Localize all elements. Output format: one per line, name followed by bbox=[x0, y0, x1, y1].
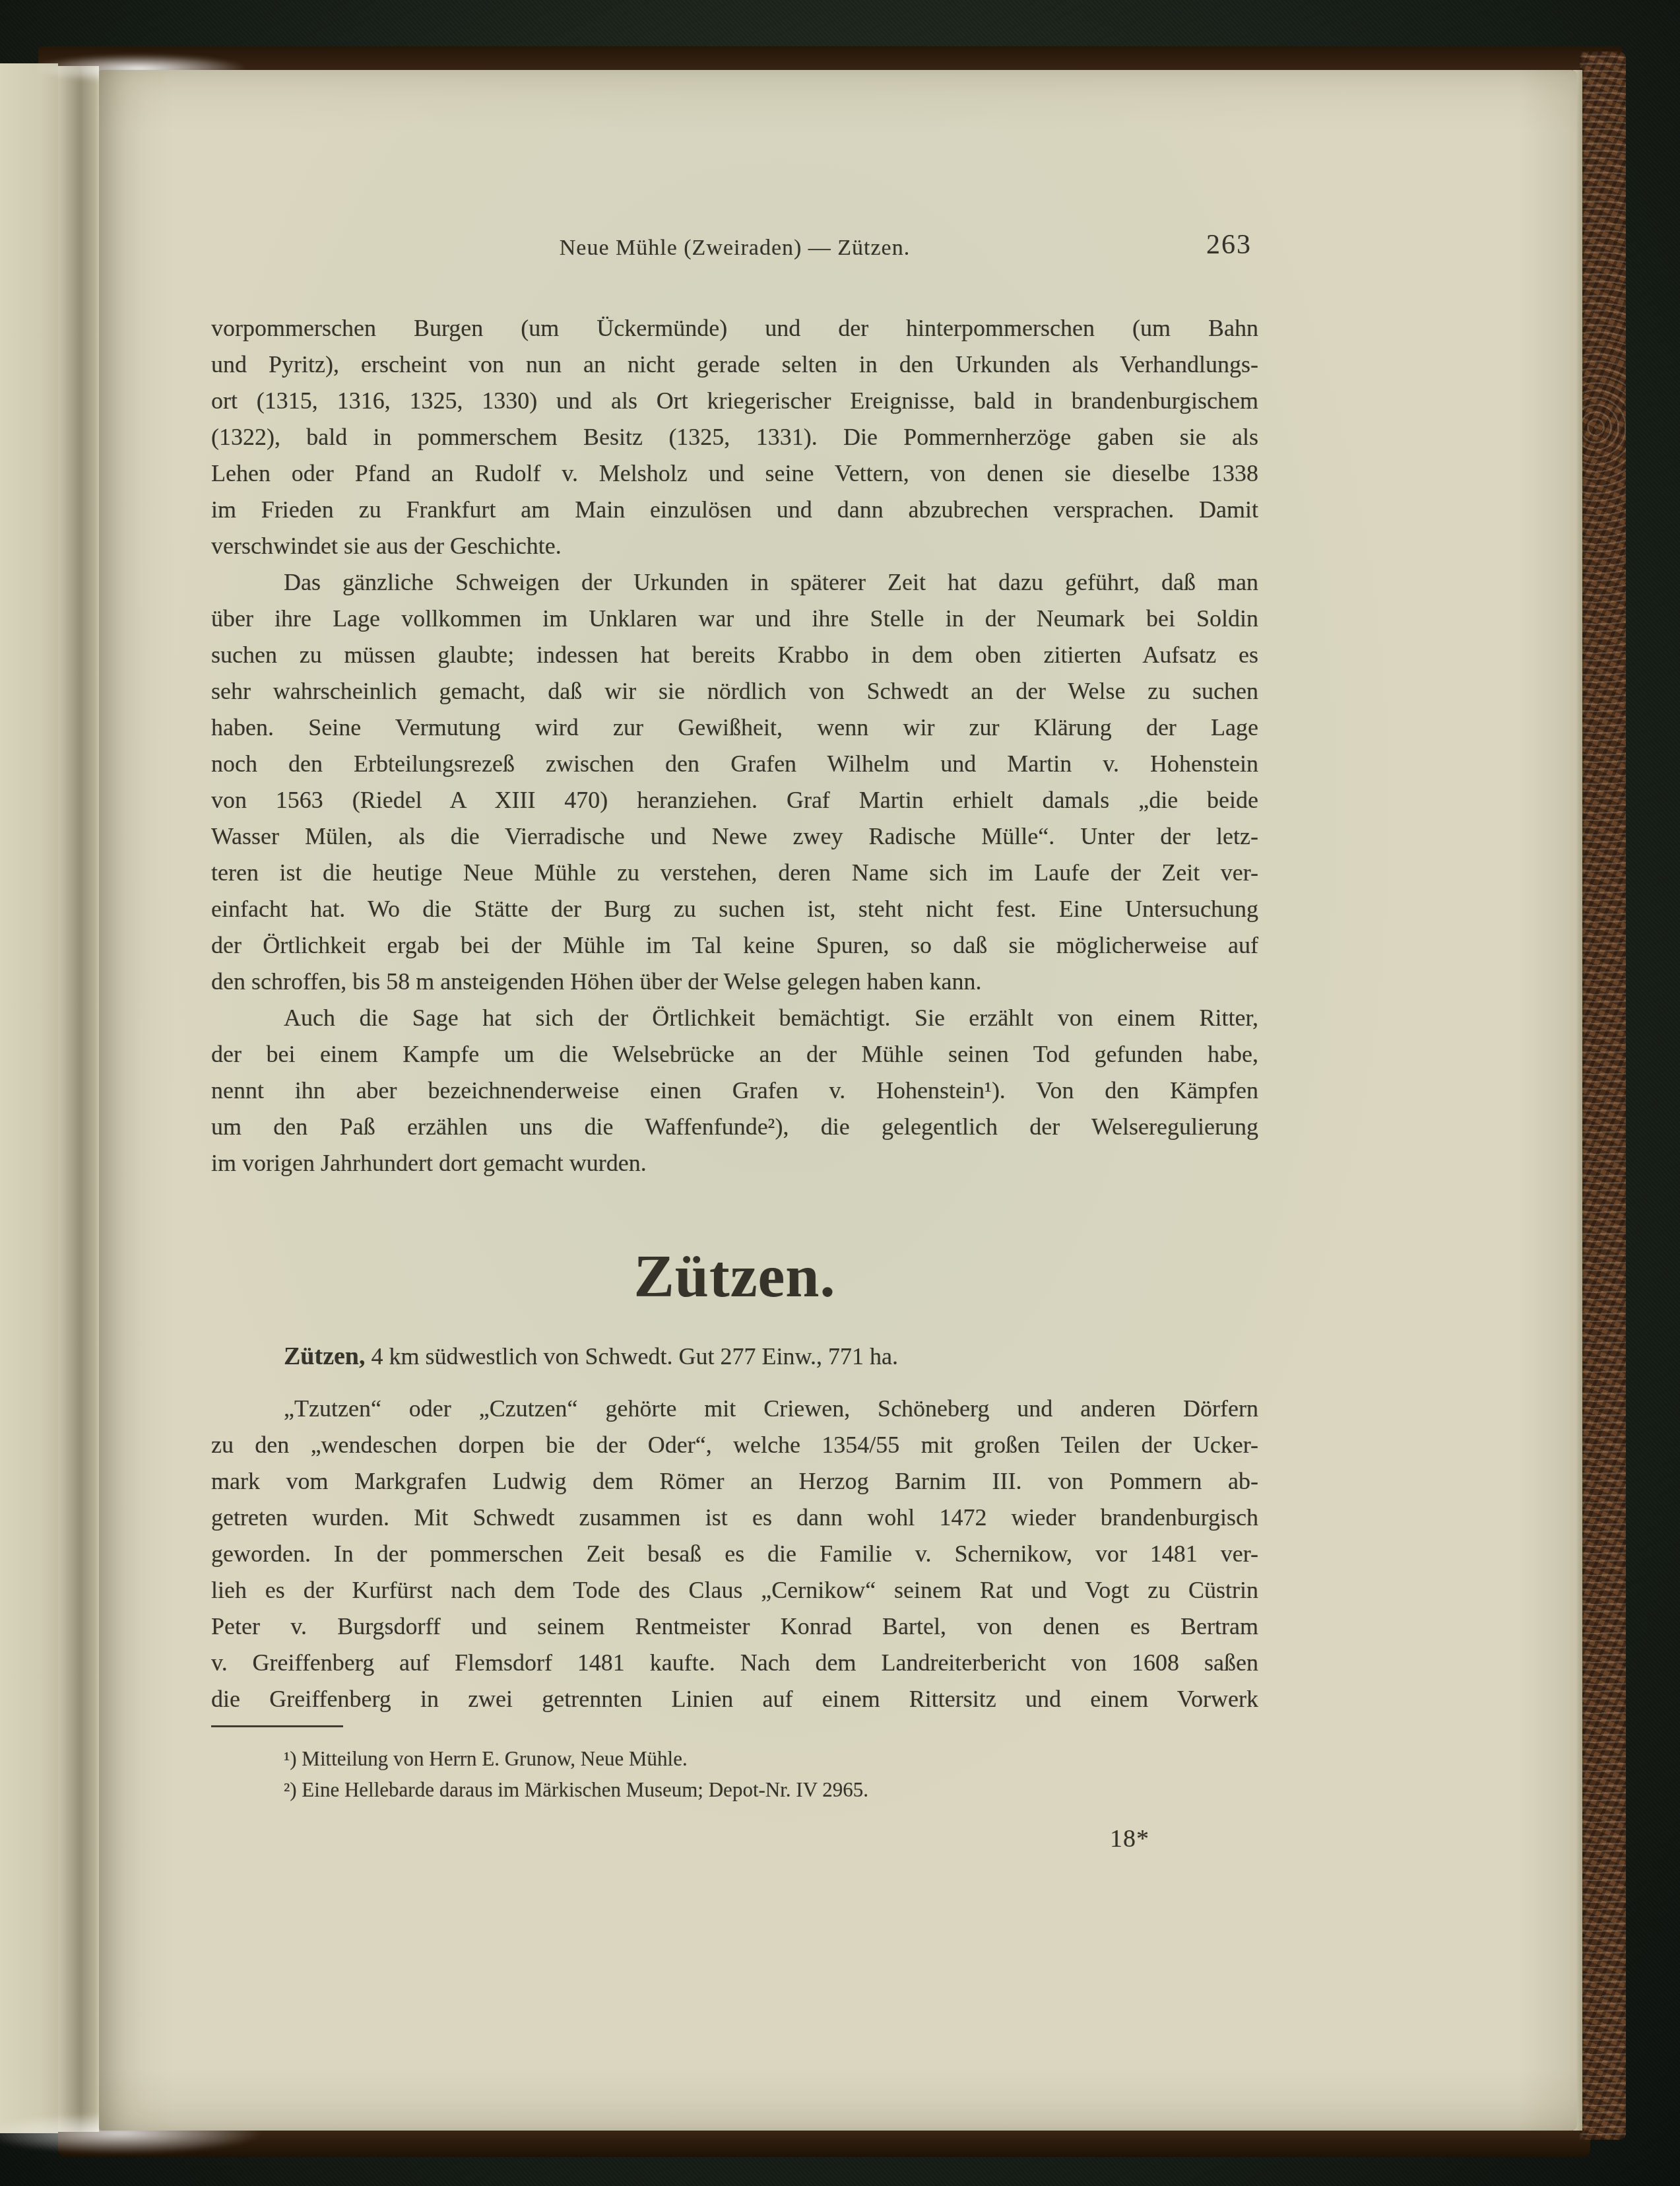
page-content: Neue Mühle (Zweiraden) — Zützen. 263 vor… bbox=[211, 70, 1258, 1857]
text-line: nennt ihn aber bezeichnenderweise einen … bbox=[211, 1073, 1258, 1109]
section-heading: Zützen. bbox=[211, 1240, 1258, 1312]
text-line: mark vom Markgrafen Ludwig dem Römer an … bbox=[211, 1463, 1258, 1500]
footnotes: ¹) Mitteilung von Herrn E. Grunow, Neue … bbox=[211, 1743, 1258, 1805]
text-line: v. Greiffenberg auf Flemsdorf 1481 kauft… bbox=[211, 1645, 1258, 1681]
text-line: ort (1315, 1316, 1325, 1330) und als Ort… bbox=[211, 383, 1258, 419]
header-title: Neue Mühle (Zweiraden) — Zützen. bbox=[211, 230, 1258, 266]
signature-mark: 18* bbox=[211, 1821, 1258, 1857]
text-line: geworden. In der pommerschen Zeit besaß … bbox=[211, 1536, 1258, 1572]
text-line: sehr wahrscheinlich gemacht, daß wir sie… bbox=[211, 673, 1258, 710]
text-line: suchen zu müssen glaubte; indessen hat b… bbox=[211, 637, 1258, 673]
page-number: 263 bbox=[1206, 227, 1252, 263]
text-line: und Pyritz), erscheint von nun an nicht … bbox=[211, 347, 1258, 383]
running-header: Neue Mühle (Zweiraden) — Zützen. 263 bbox=[211, 230, 1258, 263]
text-line: vorpommerschen Burgen (um Ückermünde) un… bbox=[211, 310, 1258, 347]
text-line: getreten wurden. Mit Schwedt zusammen is… bbox=[211, 1500, 1258, 1536]
text-line: der bei einem Kampfe um die Welsebrücke … bbox=[211, 1036, 1258, 1073]
text-line: von 1563 (Riedel A XIII 470) heranziehen… bbox=[211, 782, 1258, 818]
text-line: einfacht hat. Wo die Stätte der Burg zu … bbox=[211, 891, 1258, 927]
text-line: teren ist die heutige Neue Mühle zu vers… bbox=[211, 855, 1258, 891]
text-line: im Frieden zu Frankfurt am Main einzulös… bbox=[211, 492, 1258, 528]
text-line: Lehen oder Pfand an Rudolf v. Melsholz u… bbox=[211, 455, 1258, 492]
text-line: Das gänzliche Schweigen der Urkunden in … bbox=[211, 564, 1258, 601]
footnote: ¹) Mitteilung von Herrn E. Grunow, Neue … bbox=[284, 1743, 1258, 1774]
footnote: ²) Eine Hellebarde daraus im Märkischen … bbox=[284, 1774, 1258, 1805]
text-line: Wasser Mülen, als die Vierradische und N… bbox=[211, 818, 1258, 855]
text-line: zu den „wendeschen dorpen bie der Oder“,… bbox=[211, 1427, 1258, 1463]
text-line: um den Paß erzählen uns die Waffenfunde²… bbox=[211, 1109, 1258, 1145]
text-line: Peter v. Burgsdorff und seinem Rentmeist… bbox=[211, 1608, 1258, 1645]
text-line: haben. Seine Vermutung wird zur Gewißhei… bbox=[211, 710, 1258, 746]
text-line: über ihre Lage vollkommen im Unklaren wa… bbox=[211, 601, 1258, 637]
text-line: lieh es der Kurfürst nach dem Tode des C… bbox=[211, 1572, 1258, 1608]
village-intro: Zützen, 4 km südwestlich von Schwedt. Gu… bbox=[211, 1339, 1258, 1375]
section-paragraphs: „Tzutzen“ oder „Czutzen“ gehörte mit Cri… bbox=[211, 1391, 1258, 1717]
village-name: Zützen, bbox=[284, 1342, 366, 1370]
text-line: „Tzutzen“ oder „Czutzen“ gehörte mit Cri… bbox=[211, 1391, 1258, 1427]
text-line: die Greiffenberg in zwei getrennten Lini… bbox=[211, 1681, 1258, 1717]
text-line: den schroffen, bis 58 m ansteigenden Höh… bbox=[211, 964, 1258, 1000]
village-intro-rest: 4 km südwestlich von Schwedt. Gut 277 Ei… bbox=[366, 1343, 899, 1370]
footnote-separator bbox=[211, 1725, 343, 1727]
previous-page-edge bbox=[0, 63, 58, 2133]
text-line: im vorigen Jahrhundert dort gemacht wurd… bbox=[211, 1145, 1258, 1181]
book-page: Neue Mühle (Zweiraden) — Zützen. 263 vor… bbox=[99, 70, 1577, 2131]
text-line: (1322), bald in pommerschem Besitz (1325… bbox=[211, 419, 1258, 455]
leather-binding-edge bbox=[1580, 51, 1626, 2140]
body-paragraphs: vorpommerschen Burgen (um Ückermünde) un… bbox=[211, 310, 1258, 1181]
text-line: Auch die Sage hat sich der Örtlichkeit b… bbox=[211, 1000, 1258, 1036]
text-line: verschwindet sie aus der Geschichte. bbox=[211, 528, 1258, 564]
text-line: der Örtlichkeit ergab bei der Mühle im T… bbox=[211, 927, 1258, 964]
gutter-shadow bbox=[58, 66, 99, 2132]
text-line: noch den Erbteilungsrezeß zwischen den G… bbox=[211, 746, 1258, 782]
